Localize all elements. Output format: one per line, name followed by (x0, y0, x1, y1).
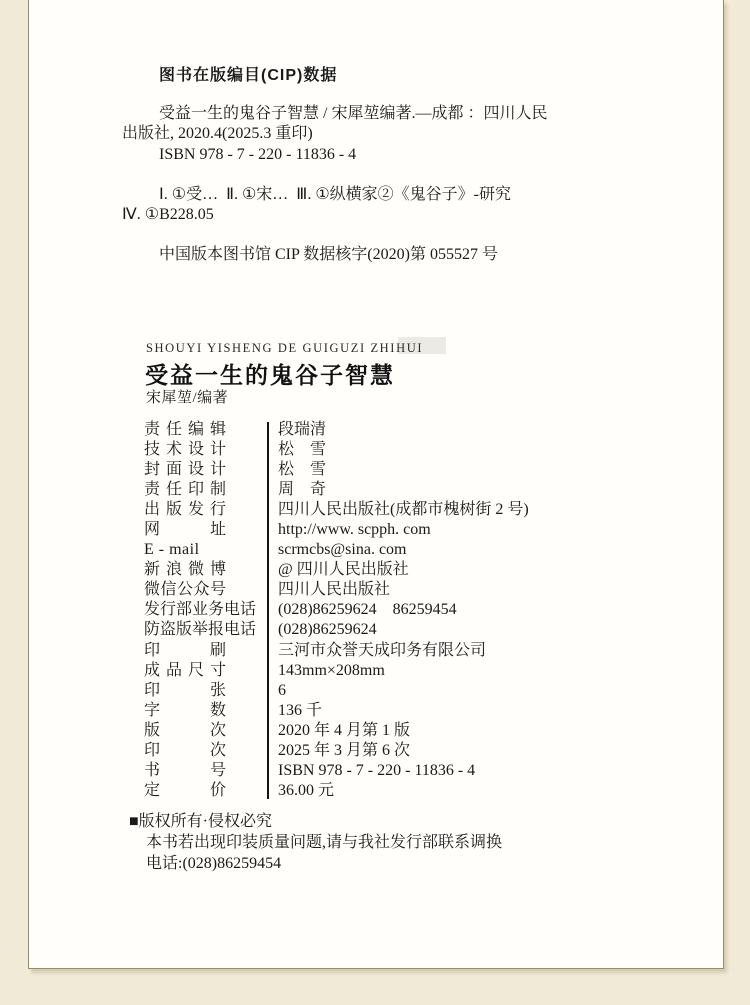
table-row: 网址http://www. scpph. com (144, 520, 614, 540)
table-row: 字数136 千 (144, 701, 614, 721)
row-label: 字数 (144, 701, 226, 721)
row-value: (028)86259624 (278, 620, 377, 640)
cip-record-number-line: 中国版本图书馆 CIP 数据核字(2020)第 055527 号 (159, 245, 498, 265)
row-value: 四川人民出版社(成都市槐树街 2 号) (278, 500, 529, 520)
book-title-pinyin: SHOUYI YISHENG DE GUIGUZI ZHIHUI (146, 341, 423, 356)
table-row: 责任编辑段瑞清 (144, 420, 614, 440)
table-row: 出版发行四川人民出版社(成都市槐树街 2 号) (144, 500, 614, 520)
colophon-table: 责任编辑段瑞清 技术设计松 雪 封面设计松 雪 责任印制周 奇 出版发行四川人民… (144, 420, 614, 801)
row-label: 书号 (144, 761, 226, 781)
table-row: 定价36.00 元 (144, 781, 614, 801)
cip-heading: 图书在版编目(CIP)数据 (159, 62, 337, 85)
row-label: 版次 (144, 721, 226, 741)
cip-entry-line1: 受益一生的鬼谷子智慧 / 宋犀堃编著.—成都 ：四川人民 (159, 104, 547, 124)
row-value: scrmcbs@sina. com (278, 540, 406, 560)
table-row: 发行部业务电话(028)86259624 86259454 (144, 600, 614, 620)
row-label: 成品尺寸 (144, 661, 226, 681)
row-label: 责任编辑 (144, 420, 226, 440)
row-value: 三河市众誉天成印务有限公司 (278, 641, 486, 661)
table-row: 防盗版举报电话(028)86259624 (144, 620, 614, 640)
table-row: 成品尺寸143mm×208mm (144, 661, 614, 681)
row-label: 封面设计 (144, 460, 226, 480)
table-row: 版次2020 年 4 月第 1 版 (144, 721, 614, 741)
table-row: 印刷三河市众誉天成印务有限公司 (144, 641, 614, 661)
row-label: E - mail (144, 540, 226, 560)
contact-phone: 电话:(028)86259454 (146, 853, 281, 874)
quality-notice: 本书若出现印装质量问题,请与我社发行部联系调换 (146, 832, 502, 853)
row-label: 定价 (144, 781, 226, 801)
row-value: 36.00 元 (278, 781, 334, 801)
table-row: 技术设计松 雪 (144, 440, 614, 460)
row-label: 印刷 (144, 641, 226, 661)
row-value: 段瑞清 (278, 420, 326, 440)
row-label: 网址 (144, 520, 226, 540)
book-author: 宋犀堃/编著 (146, 386, 228, 407)
table-row: E - mailscrmcbs@sina. com (144, 540, 614, 560)
row-value: 2025 年 3 月第 6 次 (278, 741, 410, 761)
row-label: 印张 (144, 681, 226, 701)
row-value: 周 奇 (278, 480, 326, 500)
row-label: 新浪微博 (144, 560, 226, 580)
table-row: 微信公众号四川人民出版社 (144, 580, 614, 600)
row-value: 143mm×208mm (278, 661, 385, 681)
row-value: 松 雪 (278, 440, 326, 460)
row-label: 出版发行 (144, 500, 226, 520)
cip-isbn-line: ISBN 978 - 7 - 220 - 11836 - 4 (159, 145, 356, 165)
row-value: 松 雪 (278, 460, 326, 480)
scanned-copyright-page: 图书在版编目(CIP)数据 受益一生的鬼谷子智慧 / 宋犀堃编著.—成都 ：四川… (0, 0, 750, 1005)
row-value: 136 千 (278, 701, 322, 721)
row-label: 发行部业务电话 (144, 600, 256, 620)
row-value: @ 四川人民出版社 (278, 560, 409, 580)
row-value: 2020 年 4 月第 1 版 (278, 721, 410, 741)
copyright-notice: ■版权所有·侵权必究 (129, 811, 272, 832)
row-value: ISBN 978 - 7 - 220 - 11836 - 4 (278, 761, 475, 781)
row-value: http://www. scpph. com (278, 520, 431, 540)
row-label: 技术设计 (144, 440, 226, 460)
table-row: 责任印制周 奇 (144, 480, 614, 500)
row-label: 微信公众号 (144, 580, 226, 600)
table-row: 封面设计松 雪 (144, 460, 614, 480)
cip-classification-line2: Ⅳ. ①B228.05 (122, 205, 214, 225)
row-value: 6 (278, 681, 286, 701)
table-row: 新浪微博@ 四川人民出版社 (144, 560, 614, 580)
table-row: 印张6 (144, 681, 614, 701)
row-value: (028)86259624 86259454 (278, 600, 457, 620)
row-label: 防盗版举报电话 (144, 620, 256, 640)
row-value: 四川人民出版社 (278, 580, 390, 600)
row-label: 印次 (144, 741, 226, 761)
row-label: 责任印制 (144, 480, 226, 500)
cip-classification-line1: Ⅰ. ①受… Ⅱ. ①宋… Ⅲ. ①纵横家②《鬼谷子》-研究 (159, 185, 511, 205)
cip-entry-line2: 出版社, 2020.4(2025.3 重印) (122, 124, 313, 144)
table-row: 书号ISBN 978 - 7 - 220 - 11836 - 4 (144, 761, 614, 781)
book-page: 图书在版编目(CIP)数据 受益一生的鬼谷子智慧 / 宋犀堃编著.—成都 ：四川… (28, 0, 724, 969)
table-row: 印次2025 年 3 月第 6 次 (144, 741, 614, 761)
